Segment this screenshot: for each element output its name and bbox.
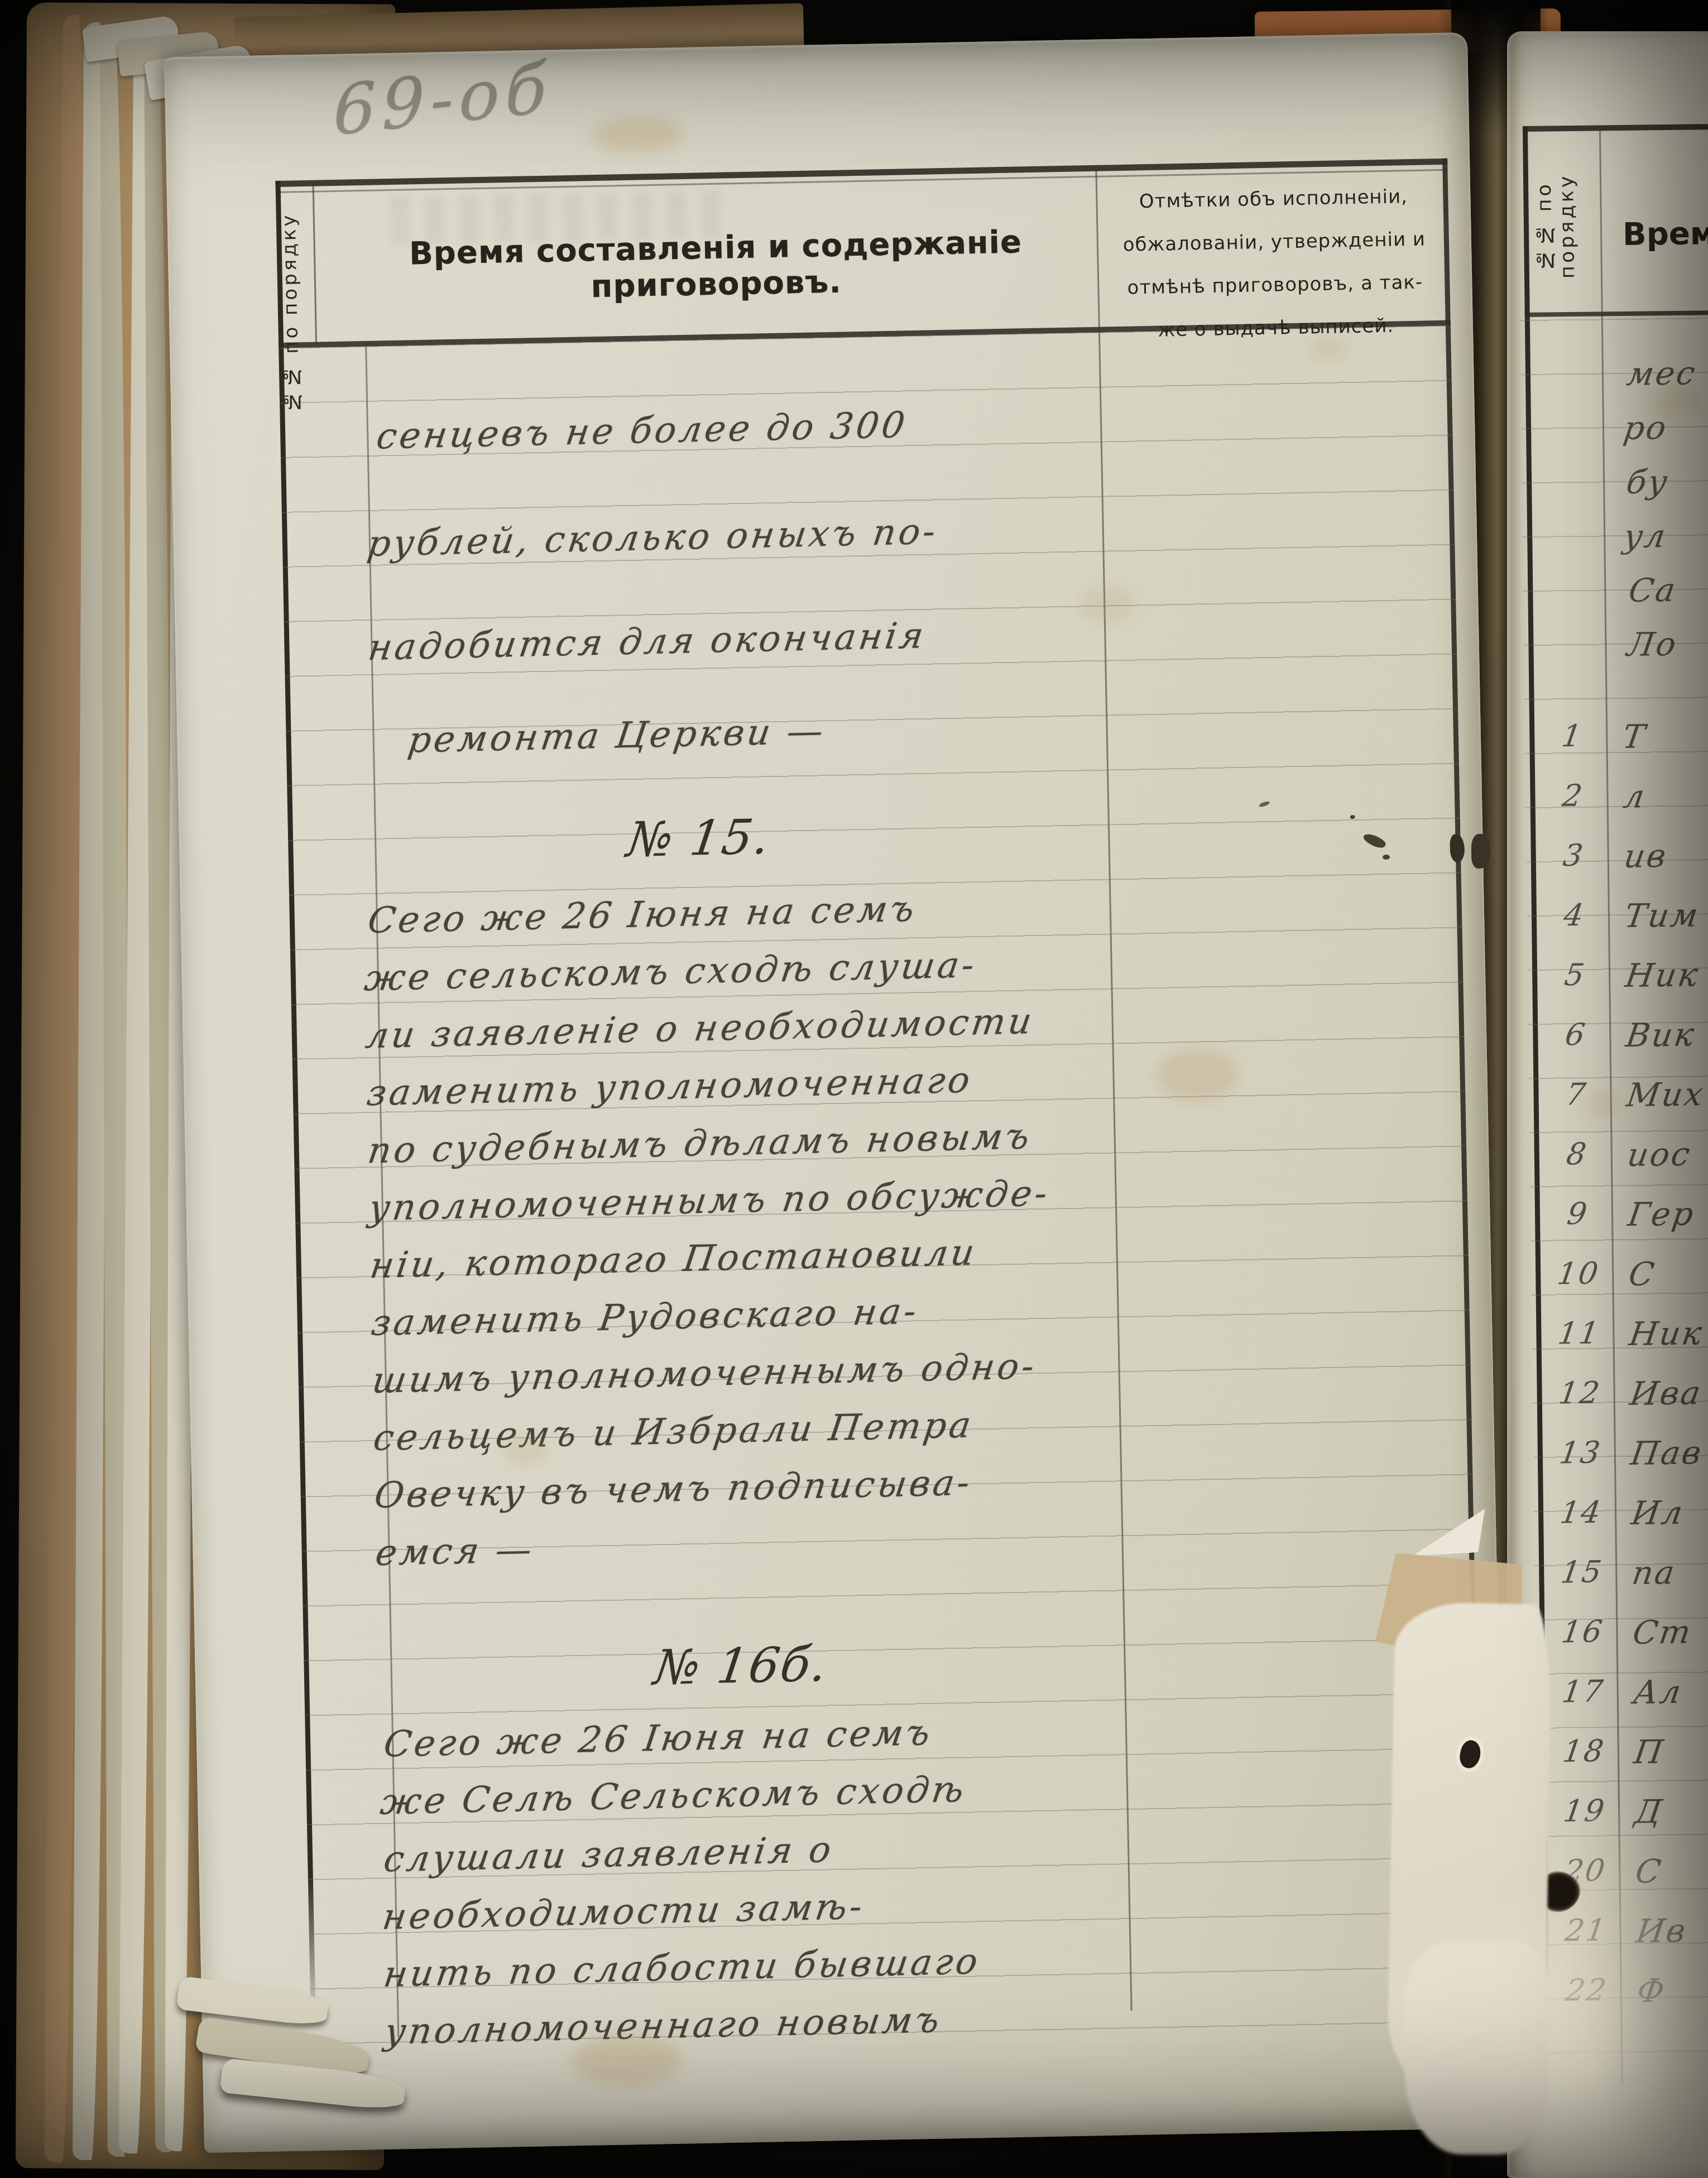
main-column-header: Время составленія и содержаніе приговоро… <box>327 223 1104 310</box>
row-text-fragment: Тим <box>1622 896 1702 935</box>
row-number: 15 <box>1549 1554 1615 1590</box>
row-number: 1 <box>1539 718 1606 754</box>
row-text-fragment: па <box>1630 1553 1679 1592</box>
row-text-fragment: Гер <box>1625 1194 1697 1234</box>
row-number: 18 <box>1551 1733 1617 1769</box>
row-text-fragment: л <box>1621 777 1649 815</box>
row-text-fragment: Ил <box>1629 1494 1686 1532</box>
row-text-fragment: Ст <box>1630 1613 1695 1652</box>
ledger-row: 14Ил <box>1523 1493 1708 1551</box>
row-number: 10 <box>1546 1255 1612 1292</box>
row-number: 12 <box>1547 1375 1613 1411</box>
row-text-fragment: Ник <box>1627 1314 1706 1353</box>
entry-15-heading: № 15. <box>623 809 774 868</box>
worn-paper-area <box>1526 1804 1708 2178</box>
row-number: 3 <box>1541 837 1607 874</box>
ledger-row: 9Гер <box>1519 1194 1708 1253</box>
main-column-header: Время <box>1623 215 1708 253</box>
row-number: 13 <box>1547 1435 1614 1471</box>
order-column-header: №№ по порядку <box>277 195 316 430</box>
row-number: 9 <box>1544 1196 1611 1232</box>
row-number: 16 <box>1549 1614 1616 1650</box>
handwriting-fragment: бу <box>1624 463 1672 501</box>
row-text-fragment: Пав <box>1628 1433 1705 1472</box>
ledger-row: 4Тим <box>1516 896 1708 954</box>
ledger-row: 13Пав <box>1522 1433 1708 1491</box>
ledger-row: 1Т <box>1514 717 1708 775</box>
ledger-row: 3ив <box>1515 836 1708 894</box>
row-number: 8 <box>1544 1136 1610 1172</box>
folio-number-pencil: 69-об <box>333 48 552 151</box>
notes-header-line: же о выдачѣ выписей. <box>1109 304 1442 353</box>
notes-column-header: Отмѣтки объ исполненіи, обжалованіи, утв… <box>1107 175 1443 353</box>
row-text-fragment: Ива <box>1628 1374 1705 1413</box>
ledger-row: 6Вик <box>1517 1015 1708 1073</box>
row-text-fragment: Вик <box>1624 1015 1698 1054</box>
notes-header-line: отмѣнѣ приговоровъ, а так- <box>1109 261 1442 310</box>
row-text-fragment: С <box>1627 1255 1658 1293</box>
row-text-fragment: Мих <box>1624 1075 1707 1114</box>
ledger-row: 15па <box>1523 1553 1708 1611</box>
tissue-repair-patch <box>1404 1942 1547 2155</box>
archival-ledger-photo: 69-об №№ по порядку Время составленія и … <box>0 0 1708 2178</box>
row-number: 11 <box>1546 1315 1613 1351</box>
ledger-row: 2л <box>1514 776 1708 834</box>
row-number: 6 <box>1543 1016 1609 1053</box>
ledger-row: 18П <box>1525 1732 1708 1790</box>
handwriting-fragment: Ло <box>1625 625 1680 664</box>
row-text-fragment: Ник <box>1623 956 1702 995</box>
ledger-row: 8иос <box>1518 1135 1708 1193</box>
ledger-row: 16Ст <box>1524 1613 1708 1671</box>
row-text-fragment: Т <box>1620 717 1649 756</box>
ledger-row: 17Ал <box>1524 1672 1708 1730</box>
left-ledger-page: 69-об №№ по порядку Время составленія и … <box>164 32 1508 2153</box>
row-number: 2 <box>1540 778 1606 814</box>
row-text-fragment: П <box>1632 1733 1667 1771</box>
ink-blot-edge <box>1450 834 1465 862</box>
notes-header-line: Отмѣтки объ исполненіи, <box>1107 175 1440 224</box>
handwriting-fragment: Са <box>1627 571 1680 610</box>
ledger-row: 11Ник <box>1520 1314 1708 1372</box>
row-number: 17 <box>1550 1673 1616 1710</box>
handwriting-fragment: ул <box>1621 517 1669 555</box>
ledger-row: 5Ник <box>1517 956 1708 1014</box>
row-number: 5 <box>1542 957 1609 993</box>
row-text-fragment: ив <box>1621 837 1670 875</box>
entry-16-heading: № 16б. <box>651 1637 832 1696</box>
handwriting-line: емся — <box>373 1529 537 1574</box>
order-column-header: №№ по порядку <box>1533 138 1593 315</box>
handwriting-fragment: мес <box>1624 354 1699 393</box>
row-text-fragment: иос <box>1625 1135 1694 1174</box>
row-number: 14 <box>1548 1494 1614 1531</box>
ledger-row: 10С <box>1520 1254 1708 1312</box>
notes-header-line: обжалованіи, утвержденіи и <box>1107 218 1441 267</box>
table-top-border <box>1523 124 1708 132</box>
stain <box>589 114 685 155</box>
ledger-row: 12Ива <box>1521 1374 1708 1432</box>
row-number: 4 <box>1541 897 1608 933</box>
row-text-fragment: Ал <box>1631 1673 1685 1711</box>
